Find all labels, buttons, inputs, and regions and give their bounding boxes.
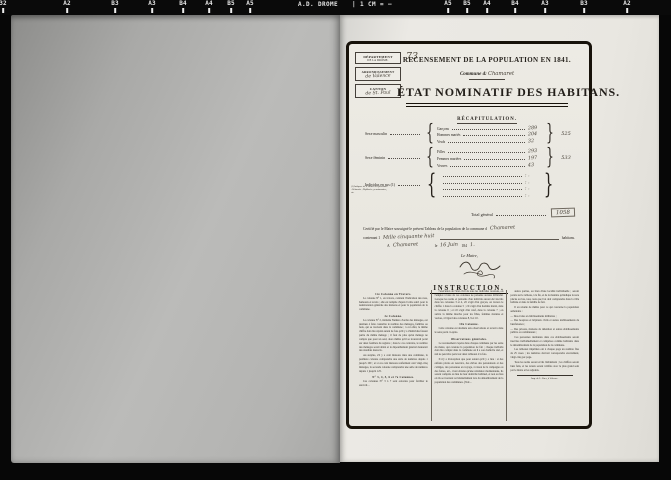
ruler-mark-label: A2 xyxy=(623,0,631,7)
film-ruler: A.D. DROME | 1 CM = — 32A2B3A3B4A4B5A5A5… xyxy=(0,0,671,15)
instruction-paragraph: Au surplus, s'il y a cent maisons dans u… xyxy=(359,354,428,373)
ruler-tick xyxy=(66,8,68,13)
dotted-leader xyxy=(390,134,420,135)
recap-group-label: Sexe masculin xyxy=(365,132,423,136)
ruler-mark-label: A2 xyxy=(63,0,71,7)
row-label: Femmes mariées xyxy=(437,157,461,161)
short-rule xyxy=(469,79,505,80)
group-total-handwriting: 525 xyxy=(557,131,575,137)
instruction-paragraph: Les tableaux imprimés ont à chaque page … xyxy=(510,348,579,359)
ruler-mark: A2 xyxy=(63,0,71,13)
ruler-mark-label: A5 xyxy=(246,0,254,7)
instruction-list-item: — Des écoles et établissements militaire… xyxy=(510,315,579,319)
ruler-tick xyxy=(466,8,468,13)
instruction-columns: 1re Colonne en Travers.La colonne N° 1, … xyxy=(356,290,582,421)
dotted-leader xyxy=(496,215,546,216)
dotted-leader xyxy=(443,189,522,190)
blank-underline xyxy=(440,239,558,240)
cert-text-2: contenant 1 xyxy=(363,235,380,241)
row-label: Veuves xyxy=(437,164,447,168)
cert-line-1: Certifié par le Maire soussigné le prése… xyxy=(363,224,575,233)
cert-line-2: contenant 1 Mille cinquante huit habitan… xyxy=(363,233,575,242)
dotted-leader xyxy=(464,159,525,160)
instruction-subheading: 1re Colonne en Travers. xyxy=(359,292,428,296)
certification-block: Certifié par le Maire soussigné le prése… xyxy=(363,224,575,284)
ruler-mark: B4 xyxy=(511,0,519,13)
ruler-mark-label: B4 xyxy=(511,0,519,7)
instruction-column: 1re Colonne en Travers.La colonne N° 1, … xyxy=(356,290,431,421)
table-row: Filles293 xyxy=(437,148,543,155)
table-row: Veufs32 xyxy=(437,137,543,144)
ruler-mark-label: A4 xyxy=(205,0,213,7)
instruction-paragraph: Ces colonnes N° 3 à 7 sont ouvertes pour… xyxy=(359,380,428,388)
commune-label: Commune d: xyxy=(460,72,487,77)
instruction-paragraph: Cette colonne est destinée aux observati… xyxy=(435,327,504,335)
ruler-tick xyxy=(514,8,516,13)
recap-group: Sexe féminin{Filles293Femmes mariées197V… xyxy=(365,148,575,168)
cert-text-3: habitans. xyxy=(562,235,575,241)
ruler-mark: A4 xyxy=(483,0,491,13)
departement-box: DÉPARTEMENT DE LA DRÔME. xyxy=(355,52,401,64)
left-brace: { xyxy=(427,173,436,197)
document-page: DÉPARTEMENT DE LA DRÔME. ARRONDISSEMENT … xyxy=(340,15,659,462)
ruler-mark-label: A3 xyxy=(541,0,549,7)
ruler-mark: 32 xyxy=(0,0,7,13)
ruler-mark-label: 32 xyxy=(0,0,7,7)
recapitulation-table: Sexe masculin{Garçons289Hommes mariés204… xyxy=(365,124,575,202)
canton-handwriting: de St. Paul xyxy=(357,90,399,96)
ruler-tick xyxy=(151,8,153,13)
arrondissement-handwriting: de Valence xyxy=(357,73,399,79)
row-label: Filles xyxy=(437,150,445,154)
row-label: Hommes mariés xyxy=(437,133,460,137)
instruction-paragraph: Tous les noms seront écrits lisiblement … xyxy=(510,361,579,372)
row-value-handwriting: 32 xyxy=(528,138,543,144)
commune-handwriting: Chamaret xyxy=(488,71,514,77)
archive-label: A.D. DROME xyxy=(298,1,338,8)
dotted-leader xyxy=(398,185,420,186)
instruction-paragraph: l'exécution de l'état-civil de tous les … xyxy=(435,290,504,321)
ruler-mark-label: B4 xyxy=(179,0,187,7)
ruler-tick xyxy=(447,8,449,13)
total-label: Total général xyxy=(471,212,493,217)
ruler-mark: B3 xyxy=(580,0,588,13)
ruler-mark: A2 xyxy=(623,0,631,13)
instruction-paragraph: Il en résulte de même pour ce qui concer… xyxy=(510,306,579,314)
ruler-tick xyxy=(230,8,232,13)
ruler-mark-label: A5 xyxy=(444,0,452,7)
document-header: RECENSEMENT DE LA POPULATION EN 1841. Co… xyxy=(397,56,577,125)
dotted-leader xyxy=(443,196,522,197)
total-line: Total général 1058 xyxy=(471,208,575,217)
blank-left-page xyxy=(11,15,340,463)
ruler-mark-label: B3 xyxy=(111,0,119,7)
document-frame: DÉPARTEMENT DE LA DRÔME. ARRONDISSEMENT … xyxy=(346,41,592,429)
ruler-mark: B3 xyxy=(111,0,119,13)
instruction-column: l'exécution de l'état-civil de tous les … xyxy=(431,290,507,421)
ruler-tick xyxy=(249,8,251,13)
ruler-tick xyxy=(114,8,116,13)
margin-note: (1) Indiquez ici le chiffre des personne… xyxy=(351,186,388,195)
recap-group-label-text: Sexe masculin xyxy=(365,132,387,136)
page-title: ÉTAT NOMINATIF DES HABITANS. xyxy=(397,85,577,100)
left-brace: { xyxy=(426,124,434,144)
cert-commune-handwriting: Chamaret xyxy=(490,224,515,233)
instruction-paragraph: Il n'y a d'exception que pour autant qu'… xyxy=(435,358,504,385)
ruler-tick xyxy=(208,8,210,13)
ruler-mark: B4 xyxy=(179,0,187,13)
cert-year-handwriting: 1. xyxy=(470,241,475,250)
recap-group-label: Sexe féminin xyxy=(365,156,423,160)
ruler-mark: A5 xyxy=(444,0,452,13)
row-label: Veufs xyxy=(437,140,445,144)
ruler-mark: A4 xyxy=(205,0,213,13)
ruler-mark-label: B5 xyxy=(227,0,235,7)
ruler-tick xyxy=(182,8,184,13)
instruction-paragraph: autres parties, ou bien d'une localité i… xyxy=(510,290,579,305)
row-value-handwriting: : . xyxy=(525,173,540,179)
instruction-list-item: — Des hospices et hôpitaux civils et aut… xyxy=(510,319,579,327)
cert-place-prefix: A xyxy=(387,243,390,249)
row-value-handwriting: 43 xyxy=(528,162,543,168)
row-value-handwriting: 197 xyxy=(528,156,543,162)
ruler-tick xyxy=(2,8,4,13)
commune-line: Commune d: Chamaret xyxy=(397,71,577,77)
dotted-leader xyxy=(448,152,525,153)
instruction-subheading: N° 3, 4, 5, 6 et 7e Colonnes. xyxy=(359,375,428,379)
ruler-mark: B5 xyxy=(227,0,235,13)
recap-group-label-text: Sexe féminin xyxy=(365,156,385,160)
instruction-column: autres parties, ou bien d'une localité i… xyxy=(506,290,582,421)
cert-date-prefix: le xyxy=(435,243,438,249)
right-brace: } xyxy=(546,124,554,144)
dotted-leader xyxy=(448,142,525,143)
table-row: : . xyxy=(440,185,540,192)
ruler-mark-label: A4 xyxy=(483,0,491,7)
row-value-handwriting: : . xyxy=(525,179,540,185)
canton-box: CANTON de St. Paul xyxy=(355,84,401,98)
right-brace: } xyxy=(546,148,554,168)
recap-group: Sexe masculin{Garçons289Hommes mariés204… xyxy=(365,124,575,144)
table-row: Garçons289 xyxy=(437,124,543,131)
microfilm-scan: A.D. DROME | 1 CM = — 32A2B3A3B4A4B5A5A5… xyxy=(0,0,671,480)
printer-imprint: Imp. de L. Bres, à Valence. xyxy=(517,375,573,380)
table-row: : . xyxy=(440,191,540,198)
row-value-handwriting: 289 xyxy=(528,125,543,131)
ruler-tick xyxy=(626,8,628,13)
instruction-paragraph: Le recensement s'opère dans chaque commu… xyxy=(435,342,504,357)
recensement-title: RECENSEMENT DE LA POPULATION EN 1841. xyxy=(397,56,577,64)
row-value-handwriting: : . xyxy=(525,193,540,199)
ruler-mark: A3 xyxy=(541,0,549,13)
row-value-handwriting: 204 xyxy=(528,132,543,138)
departement-sub: DE LA DRÔME. xyxy=(357,59,399,62)
instruction-paragraph: La colonne N° 2, intitulée Numéro d'ordr… xyxy=(359,319,428,353)
scale-label: | 1 CM = — xyxy=(352,1,392,8)
recap-title: RÉCAPITULATION. xyxy=(457,117,517,124)
ruler-mark-label: B5 xyxy=(463,0,471,7)
ruler-mark-label: A3 xyxy=(148,0,156,7)
right-brace: } xyxy=(544,173,553,197)
recap-rows: Filles293Femmes mariées197Veuves43 xyxy=(437,148,543,168)
table-row: Hommes mariés204 xyxy=(437,131,543,138)
table-row: Veuves43 xyxy=(437,161,543,168)
table-row: : . xyxy=(440,178,540,185)
dotted-leader xyxy=(443,183,522,184)
arrondissement-box: ARRONDISSEMENT de Valence xyxy=(355,67,401,81)
ruler-tick xyxy=(544,8,546,13)
left-brace: { xyxy=(426,148,434,168)
cert-year-print: 184 xyxy=(461,243,467,249)
dotted-leader xyxy=(450,166,525,167)
recap-group: Individus en sus (1){: .: .: .: .} xyxy=(365,172,575,198)
recap-rows: Garçons289Hommes mariés204Veufs32 xyxy=(437,124,543,144)
table-row: Femmes mariées197 xyxy=(437,154,543,161)
instruction-paragraph: Ces personnes résidantes dans ces établi… xyxy=(510,336,579,347)
departement-label: DÉPARTEMENT xyxy=(357,55,399,59)
ruler-tick xyxy=(486,8,488,13)
cert-place-handwriting: Chamaret xyxy=(393,241,418,250)
ruler-mark: A3 xyxy=(148,0,156,13)
instruction-paragraph: La colonne N° 1, en travers, contient l'… xyxy=(359,297,428,312)
instruction-list-item: — Des prisons, maisons de détention et a… xyxy=(510,328,579,336)
instruction-subheading: 2e Colonne. xyxy=(359,314,428,318)
admin-boxes: DÉPARTEMENT DE LA DRÔME. ARRONDISSEMENT … xyxy=(355,52,401,101)
cert-place-date-line: A Chamaret le 16 Juin 184 1. xyxy=(387,241,575,250)
ruler-mark-label: B3 xyxy=(580,0,588,7)
dotted-leader xyxy=(463,135,525,136)
dotted-leader xyxy=(443,176,522,177)
dotted-leader xyxy=(452,129,525,130)
row-label: Garçons xyxy=(437,127,449,131)
ruler-mark: A5 xyxy=(246,0,254,13)
ruler-mark: B5 xyxy=(463,0,471,13)
instruction-subheading: Observations générales. xyxy=(435,337,504,341)
cert-date-handwriting: 16 Juin xyxy=(440,241,458,250)
total-value-handwriting: 1058 xyxy=(551,208,575,218)
instruction-subheading: 10e Colonne. xyxy=(435,322,504,326)
recap-rows: : .: .: .: . xyxy=(440,172,540,198)
ruler-tick xyxy=(583,8,585,13)
group-total-handwriting: 533 xyxy=(557,155,575,161)
maire-label: Le Maire, xyxy=(461,252,575,259)
table-row: : . xyxy=(440,172,540,179)
dotted-leader xyxy=(388,158,420,159)
